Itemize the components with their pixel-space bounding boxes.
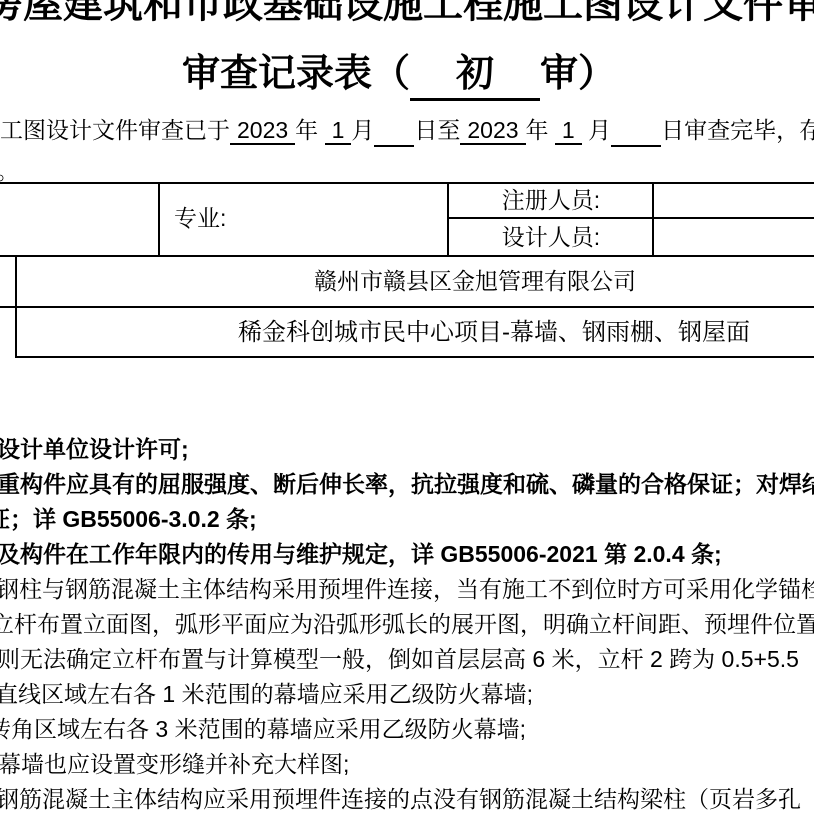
review-comment-line: 则无法确定立杆布置与计算模型一般，倒如首层层高 6 米，立杆 2 跨为 0.5+… [0,642,799,677]
subtitle-suffix: 审） [540,53,616,95]
specialty-label: 专业: [160,182,461,255]
company-name: 赣州市赣县区金旭管理有限公司 [314,266,636,296]
review-comment-line: 转角区域左右各 3 米范围的幕墙应采用乙级防火幕墙; [0,712,526,747]
year-field-1: 2023 [230,117,295,145]
intro-text-1: 工图设计文件审查已于 [0,117,230,143]
review-comment-line: 幕墙也应设置变形缝并补充大样图; [0,747,349,782]
table-line [0,255,814,257]
review-comment-line: 钢筋混凝土主体结构应采用预埋件连接的点没有钢筋混凝土结构梁柱（页岩多孔 [0,782,801,814]
review-comment-line: 钢柱与钢筋混凝土主体结构采用预埋件连接，当有施工不到位时方可采用化学锚栓 [0,572,814,607]
day-blank-field-1 [374,121,414,147]
table-line [15,356,814,358]
intro-text-3: 月 [351,117,374,143]
month-field-1: 1 [325,117,352,145]
intro-text-5: 年 [526,117,549,143]
intro-text-4: 日至 [414,117,460,143]
table-line [0,306,814,308]
review-comment-line: 立杆布置立面图，弧形平面应为沿弧形弧长的展开图，明确立杆间距、预埋件位置 [0,607,814,642]
main-title: 房屋建筑和市政基础设施工程施工图设计文件审查 [0,0,814,27]
table-line [15,255,17,358]
review-type-field: 初 [410,50,540,101]
day-blank-field-2 [611,121,661,147]
review-comment-line: 证；详 GB55006-3.0.2 条; [0,502,257,537]
subtitle-prefix: 审查记录表（ [182,53,410,95]
year-field-2: 2023 [460,117,525,145]
intro-paragraph: 工图设计文件审查已于2023年 1月日至2023年 1 月日审查完毕，存 [0,114,814,147]
review-comment-line: 重构件应具有的屈服强度、断后伸长率，抗拉强度和硫、磷量的合格保证；对焊结 [0,467,814,502]
intro-text-7: 日审查完毕，存 [661,117,814,143]
intro-text-2: 年 [295,117,318,143]
registered-personnel-label: 注册人员: [449,183,653,218]
project-name: 稀金科创城市民中心项目-幕墙、钢雨棚、钢屋面 [238,317,750,348]
designer-personnel-label: 设计人员: [449,219,653,255]
review-comment-line: 直线区域左右各 1 米范围的幕墙应采用乙级防火幕墙; [0,677,533,712]
review-comment-line: 及构件在工作年限内的传用与维护规定，详 GB55006-2021 第 2.0.4… [0,537,722,572]
document-page: 房屋建筑和市政基础设施工程施工图设计文件审查 审查记录表（初审） 工图设计文件审… [0,0,814,814]
subtitle: 审查记录表（初审） [182,50,616,101]
review-comment-line: 设计单位设计许可; [0,432,189,467]
month-field-2: 1 [555,117,582,145]
intro-text-6: 月 [588,117,611,143]
